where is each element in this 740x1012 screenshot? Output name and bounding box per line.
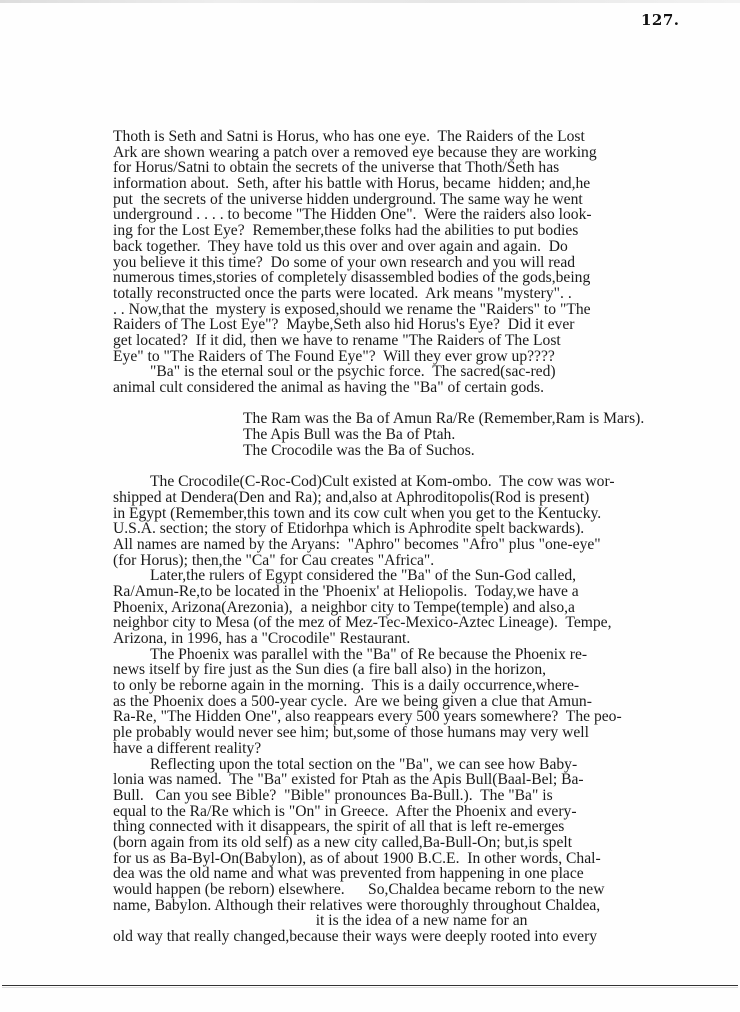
text-line: . . Now,that the mystery is exposed,shou… [113, 302, 713, 318]
text-line: Reflecting upon the total section on the… [113, 757, 713, 773]
text-line: All names are named by the Aryans: "Aphr… [113, 537, 713, 553]
text-line: would happen (be reborn) elsewhere. So,C… [113, 882, 713, 898]
text-line: Thoth is Seth and Satni is Horus, who ha… [113, 129, 713, 145]
text-line: Arizona, in 1996, has a "Crocodile" Rest… [113, 631, 713, 647]
text-line: Ra-Re, "The Hidden One", also reappears … [113, 709, 713, 725]
blank-line [113, 396, 713, 412]
text-line: Ark are shown wearing a patch over a rem… [113, 145, 713, 161]
text-line: Raiders of The Lost Eye"? Maybe,Seth als… [113, 317, 713, 333]
text-line: back together. They have told us this ov… [113, 239, 713, 255]
text-line: (for Horus); then,the "Ca" for Cau creat… [113, 553, 713, 569]
text-line: The Apis Bull was the Ba of Ptah. [113, 427, 713, 443]
text-line: The Ram was the Ba of Amun Ra/Re (Rememb… [113, 411, 713, 427]
text-line: "Ba" is the eternal soul or the psychic … [113, 364, 713, 380]
text-line: news itself by fire just as the Sun dies… [113, 662, 713, 678]
text-line: old way that really changed,because thei… [113, 929, 713, 945]
text-line: The Crocodile(C-Roc-Cod)Cult existed at … [113, 474, 713, 490]
text-line: Later,the rulers of Egypt considered the… [113, 568, 713, 584]
page-number: 127. [641, 11, 680, 29]
scan-edge [0, 0, 740, 3]
text-line: have a different reality? [113, 741, 713, 757]
blank-line [113, 458, 713, 474]
text-line: totally reconstructed once the parts wer… [113, 286, 713, 302]
text-line: ing for the Lost Eye? Remember,these fol… [113, 223, 713, 239]
text-line: for Horus/Satni to obtain the secrets of… [113, 160, 713, 176]
body-text: Thoth is Seth and Satni is Horus, who ha… [113, 129, 713, 945]
text-line: The Phoenix was parallel with the "Ba" o… [113, 647, 713, 663]
text-line: get located? If it did, then we have to … [113, 333, 713, 349]
text-line: Ra/Amun-Re,to be located in the 'Phoenix… [113, 584, 713, 600]
text-line: to only be reborne again in the morning.… [113, 678, 713, 694]
document-page: 127. Thoth is Seth and Satni is Horus, w… [0, 0, 740, 1012]
bottom-rule-line [2, 985, 738, 986]
text-line: The Crocodile was the Ba of Suchos. [113, 443, 713, 459]
text-line: shipped at Dendera(Den and Ra); and,also… [113, 490, 713, 506]
text-line: Phoenix, Arizona(Arezonia), a neighbor c… [113, 600, 713, 616]
text-line: Eye" to "The Raiders of The Found Eye"? … [113, 349, 713, 365]
text-line: numerous times,stories of completely dis… [113, 270, 713, 286]
text-line: (born again from its old self) as a new … [113, 835, 713, 851]
text-line: it is the idea of a new name for an [113, 913, 713, 929]
text-line: thing connected with it disappears, the … [113, 819, 713, 835]
text-line: you believe it this time? Do some of you… [113, 255, 713, 271]
bottom-rule-shadow [2, 987, 738, 988]
text-line: put the secrets of the universe hidden u… [113, 192, 713, 208]
text-line: name, Babylon. Although their relatives … [113, 898, 713, 914]
text-line: U.S.A. section; the story of Etidorhpa w… [113, 521, 713, 537]
text-line: ple probably would never see him; but,so… [113, 725, 713, 741]
text-line: equal to the Ra/Re which is "On" in Gree… [113, 804, 713, 820]
text-line: dea was the old name and what was preven… [113, 866, 713, 882]
text-line: lonia was named. The "Ba" existed for Pt… [113, 772, 713, 788]
text-line: for us as Ba-Byl-On(Babylon), as of abou… [113, 851, 713, 867]
text-line: underground . . . . to become "The Hidde… [113, 207, 713, 223]
text-line: Bull. Can you see Bible? "Bible" pronoun… [113, 788, 713, 804]
text-line: as the Phoenix does a 500-year cycle. Ar… [113, 694, 713, 710]
text-line: in Egypt (Remember,this town and its cow… [113, 506, 713, 522]
text-line: information about. Seth, after his battl… [113, 176, 713, 192]
text-line: animal cult considered the animal as hav… [113, 380, 713, 396]
text-line: neighbor city to Mesa (of the mez of Mez… [113, 615, 713, 631]
